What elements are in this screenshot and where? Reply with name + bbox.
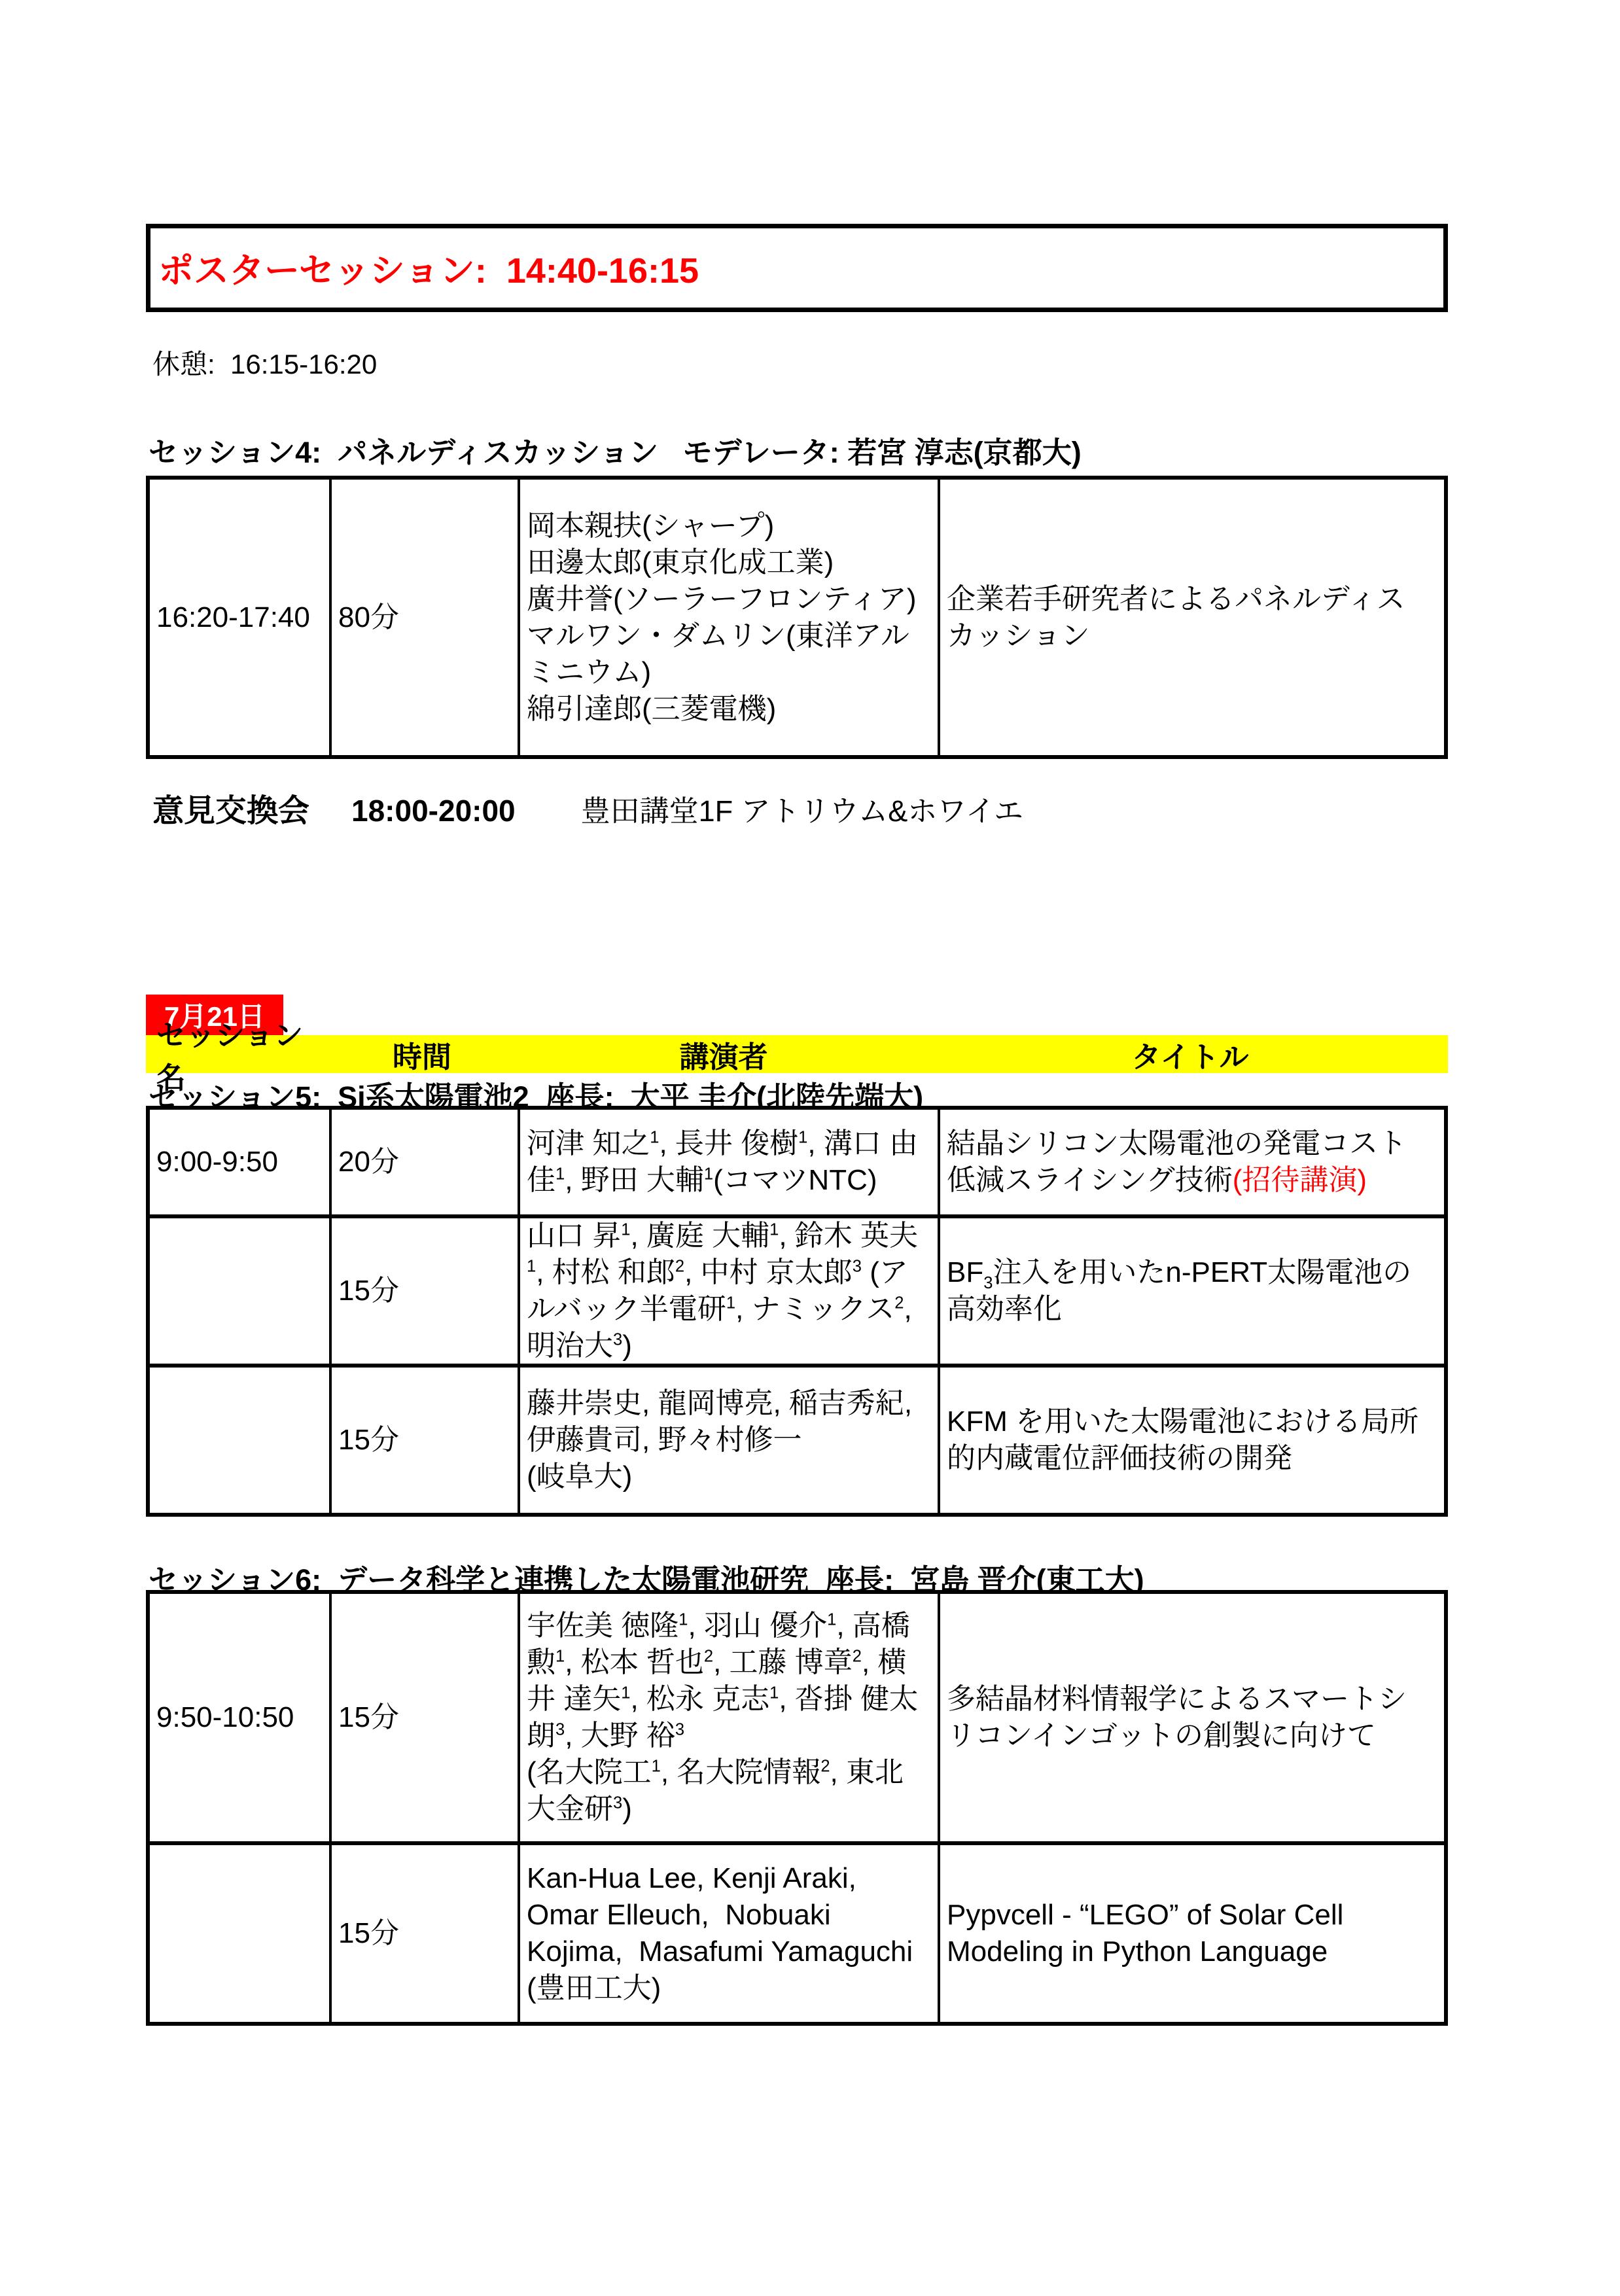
session6-table: 9:50-10:50 15分 宇佐美 徳隆1, 羽山 優介1, 高橋 勲1, 松… (146, 1590, 1448, 2026)
cell-time (150, 1368, 329, 1513)
session4-table: 16:20-17:40 80分 岡本親扶(シャープ)田邊太郎(東京化成工業)廣井… (146, 476, 1448, 759)
table-row: 15分 山口 昇1, 廣庭 大輔1, 鈴木 英夫1, 村松 和郎2, 中村 京太… (150, 1214, 1444, 1364)
cell-title: KFM を用いた太陽電池における局所的内蔵電位評価技術の開発 (938, 1368, 1444, 1513)
speakers-text: 河津 知之1, 長井 俊樹1, 溝口 由佳1, 野田 大輔1(コマツNTC) (527, 1125, 931, 1199)
table-row: 9:00-9:50 20分 河津 知之1, 長井 俊樹1, 溝口 由佳1, 野田… (150, 1110, 1444, 1214)
poster-session-title: ポスターセッション: 14:40-16:15 (158, 243, 699, 293)
cell-duration: 15分 (329, 1368, 518, 1513)
table-row: 16:20-17:40 80分 岡本親扶(シャープ)田邊太郎(東京化成工業)廣井… (150, 480, 1444, 755)
session4-heading: セッション4: パネルディスカッション モデレータ: 若宮 淳志(京都大) (149, 429, 1082, 471)
session5-table: 9:00-9:50 20分 河津 知之1, 長井 俊樹1, 溝口 由佳1, 野田… (146, 1106, 1448, 1517)
cell-speakers: 山口 昇1, 廣庭 大輔1, 鈴木 英夫1, 村松 和郎2, 中村 京太郎3 (… (518, 1218, 938, 1364)
col-header-time: 時間 (329, 1033, 515, 1076)
cell-duration: 20分 (329, 1110, 518, 1214)
cell-time: 16:20-17:40 (150, 480, 329, 755)
cell-time: 9:00-9:50 (150, 1110, 329, 1214)
program-page: ポスターセッション: 14:40-16:15 休憩: 16:15-16:20 セ… (0, 0, 1620, 2296)
title-text: 多結晶材料情報学によるスマートシリコンインゴットの創製に向けて (947, 1681, 1431, 1754)
cell-title: BF3注入を用いたn-PERT太陽電池の高効率化 (938, 1218, 1444, 1364)
table-row: 15分 藤井崇史, 龍岡博亮, 稲吉秀紀, 伊藤貴司, 野々村修一(岐阜大) K… (150, 1364, 1444, 1513)
title-text: Pypvcell - “LEGO” of Solar Cell Modeling… (947, 1897, 1431, 1970)
table-row: 15分 Kan-Hua Lee, Kenji Araki,Omar Elleuc… (150, 1841, 1444, 2022)
title-text: KFM を用いた太陽電池における局所的内蔵電位評価技術の開発 (947, 1404, 1431, 1477)
cell-time (150, 1845, 329, 2022)
exchange-meeting-line: 意見交換会 18:00-20:00 豊田講堂1F アトリウム&ホワイエ (152, 785, 1023, 830)
column-header-band: セッション名 時間 講演者 タイトル (146, 1035, 1448, 1073)
table-row: 9:50-10:50 15分 宇佐美 徳隆1, 羽山 優介1, 高橋 勲1, 松… (150, 1594, 1444, 1841)
cell-speakers: Kan-Hua Lee, Kenji Araki,Omar Elleuch, N… (518, 1845, 938, 2022)
exchange-location: 豊田講堂1F アトリウム&ホワイエ (581, 787, 1023, 830)
speakers-text: 藤井崇史, 龍岡博亮, 稲吉秀紀, 伊藤貴司, 野々村修一(岐阜大) (527, 1385, 931, 1495)
cell-title: 多結晶材料情報学によるスマートシリコンインゴットの創製に向けて (938, 1594, 1444, 1841)
cell-duration: 15分 (329, 1845, 518, 2022)
cell-duration: 80分 (329, 480, 518, 755)
cell-speakers: 宇佐美 徳隆1, 羽山 優介1, 高橋 勲1, 松本 哲也2, 工藤 博章2, … (518, 1594, 938, 1841)
cell-speakers: 河津 知之1, 長井 俊樹1, 溝口 由佳1, 野田 大輔1(コマツNTC) (518, 1110, 938, 1214)
speakers-text: 宇佐美 徳隆1, 羽山 優介1, 高橋 勲1, 松本 哲也2, 工藤 博章2, … (527, 1608, 931, 1828)
speakers-text: Kan-Hua Lee, Kenji Araki,Omar Elleuch, N… (527, 1860, 913, 2007)
exchange-time: 18:00-20:00 (351, 793, 516, 828)
cell-duration: 15分 (329, 1594, 518, 1841)
speakers-text: 山口 昇1, 廣庭 大輔1, 鈴木 英夫1, 村松 和郎2, 中村 京太郎3 (… (527, 1218, 931, 1364)
cell-duration: 15分 (329, 1218, 518, 1364)
title-text: 企業若手研究者によるパネルディスカッション (947, 581, 1431, 654)
title-text: BF3注入を用いたn-PERT太陽電池の高効率化 (947, 1254, 1431, 1328)
exchange-label: 意見交換会 (152, 785, 309, 830)
col-header-speakers: 講演者 (515, 1033, 932, 1076)
title-text: 結晶シリコン太陽電池の発電コスト低減スライシング技術(招待講演) (947, 1125, 1431, 1199)
cell-title: Pypvcell - “LEGO” of Solar Cell Modeling… (938, 1845, 1444, 2022)
cell-title: 結晶シリコン太陽電池の発電コスト低減スライシング技術(招待講演) (938, 1110, 1444, 1214)
break-time-text: 休憩: 16:15-16:20 (152, 343, 377, 382)
col-header-title: タイトル (932, 1033, 1448, 1076)
poster-session-box: ポスターセッション: 14:40-16:15 (146, 224, 1448, 312)
speakers-text: 岡本親扶(シャープ)田邊太郎(東京化成工業)廣井誉(ソーラーフロンティア)マルワ… (527, 508, 931, 728)
cell-speakers: 岡本親扶(シャープ)田邊太郎(東京化成工業)廣井誉(ソーラーフロンティア)マルワ… (518, 480, 938, 755)
cell-title: 企業若手研究者によるパネルディスカッション (938, 480, 1444, 755)
cell-time: 9:50-10:50 (150, 1594, 329, 1841)
cell-speakers: 藤井崇史, 龍岡博亮, 稲吉秀紀, 伊藤貴司, 野々村修一(岐阜大) (518, 1368, 938, 1513)
cell-time (150, 1218, 329, 1364)
